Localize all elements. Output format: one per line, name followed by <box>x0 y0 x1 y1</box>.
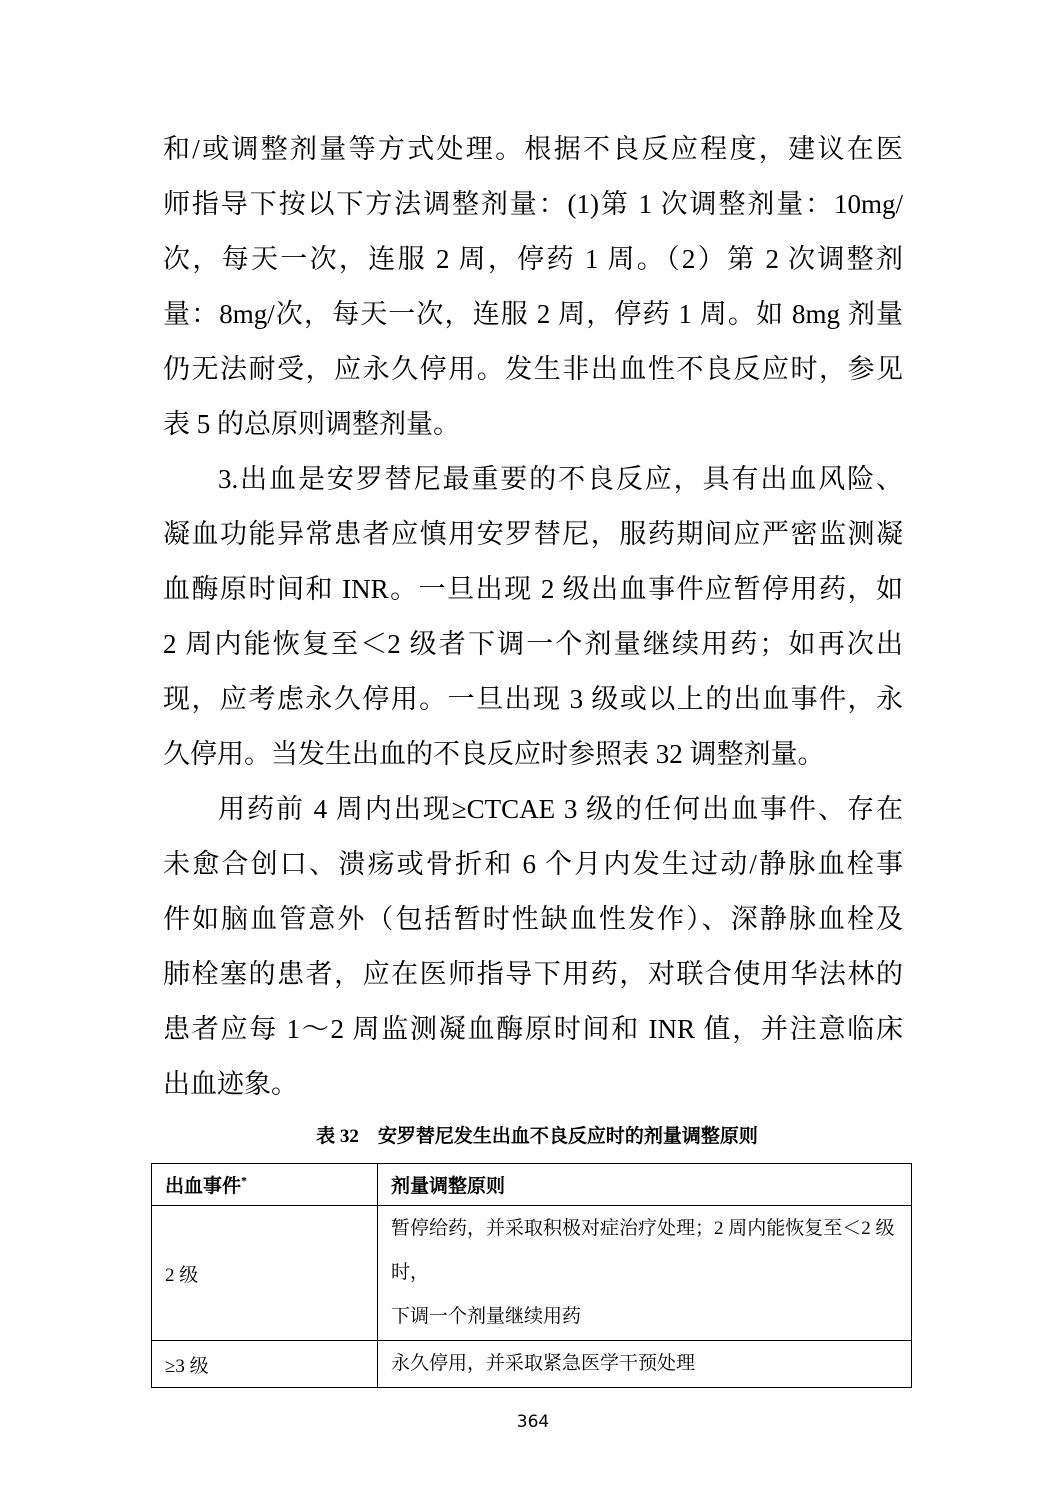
page-number: 364 <box>163 1412 903 1432</box>
body-line: 次，每天一次，连服 2 周，停药 1 周。（2）第 2 次调整剂 <box>163 232 903 287</box>
column-header-bleeding-event: 出血事件* <box>152 1164 378 1206</box>
body-line: 和/或调整剂量等方式处理。根据不良反应程度，建议在医 <box>163 122 903 177</box>
body-line: 仍无法耐受，应永久停用。发生非出血性不良反应时，参见 <box>163 342 903 397</box>
cell-line: 下调一个剂量继续用药 <box>391 1295 898 1339</box>
body-line: 凝血功能异常患者应慎用安罗替尼，服药期间应严密监测凝 <box>163 507 903 562</box>
body-line: 血酶原时间和 INR。一旦出现 2 级出血事件应暂停用药，如 <box>163 562 903 617</box>
body-line: 用药前 4 周内出现≥CTCAE 3 级的任何出血事件、存在 <box>163 782 903 837</box>
dose-table-body: 2 级暂停给药，并采取积极对症治疗处理；2 周内能恢复至＜2 级时，下调一个剂量… <box>152 1206 912 1388</box>
body-line: 表 5 的总原则调整剂量。 <box>163 397 903 452</box>
body-line: 出血迹象。 <box>163 1057 903 1112</box>
body-line: 未愈合创口、溃疡或骨折和 6 个月内发生过动/静脉血栓事 <box>163 837 903 892</box>
body-line: 2 周内能恢复至＜2 级者下调一个剂量继续用药；如再次出 <box>163 617 903 672</box>
column-header-label: 剂量调整原则 <box>391 1176 505 1197</box>
body-line: 患者应每 1～2 周监测凝血酶原时间和 INR 值，并注意临床 <box>163 1002 903 1057</box>
table-caption: 表 32 安罗替尼发生出血不良反应时的剂量调整原则 <box>163 1124 911 1150</box>
body-line: 3.出血是安罗替尼最重要的不良反应，具有出血风险、 <box>163 452 903 507</box>
table-row: ≥3 级永久停用，并采取紧急医学干预处理 <box>152 1341 912 1388</box>
body-line: 现，应考虑永久停用。一旦出现 3 级或以上的出血事件，永 <box>163 672 903 727</box>
cell-line: 暂停给药，并采取积极对症治疗处理；2 周内能恢复至＜2 级时， <box>391 1207 898 1295</box>
table-row: 2 级暂停给药，并采取积极对症治疗处理；2 周内能恢复至＜2 级时，下调一个剂量… <box>152 1206 912 1341</box>
event-cell: ≥3 级 <box>152 1341 378 1388</box>
principle-cell: 暂停给药，并采取积极对症治疗处理；2 周内能恢复至＜2 级时，下调一个剂量继续用… <box>378 1206 912 1341</box>
column-header-dose-principle: 剂量调整原则 <box>378 1164 912 1206</box>
body-line: 件如脑血管意外（包括暂时性缺血性发作）、深静脉血栓及 <box>163 892 903 947</box>
event-cell: 2 级 <box>152 1206 378 1341</box>
body-line: 师指导下按以下方法调整剂量：(1)第 1 次调整剂量：10mg/ <box>163 177 903 232</box>
column-header-label: 出血事件 <box>165 1176 241 1197</box>
body-line: 久停用。当发生出血的不良反应时参照表 32 调整剂量。 <box>163 727 903 782</box>
body-line: 肺栓塞的患者，应在医师指导下用药，对联合使用华法林的 <box>163 947 903 1002</box>
body-line: 量：8mg/次，每天一次，连服 2 周，停药 1 周。如 8mg 剂量 <box>163 287 903 342</box>
cell-line: 永久停用，并采取紧急医学干预处理 <box>391 1342 898 1386</box>
principle-cell: 永久停用，并采取紧急医学干预处理 <box>378 1341 912 1388</box>
header-row: 出血事件* 剂量调整原则 <box>152 1164 912 1206</box>
paragraph: 3.出血是安罗替尼最重要的不良反应，具有出血风险、凝血功能异常患者应慎用安罗替尼… <box>163 452 903 782</box>
dose-table: 出血事件* 剂量调整原则 2 级暂停给药，并采取积极对症治疗处理；2 周内能恢复… <box>151 1163 912 1388</box>
dose-table-header: 出血事件* 剂量调整原则 <box>152 1164 912 1206</box>
paragraph: 用药前 4 周内出现≥CTCAE 3 级的任何出血事件、存在未愈合创口、溃疡或骨… <box>163 782 903 1112</box>
column-header-footnote-mark: * <box>241 1174 247 1188</box>
paragraph: 和/或调整剂量等方式处理。根据不良反应程度，建议在医师指导下按以下方法调整剂量：… <box>163 122 903 452</box>
document-page: 和/或调整剂量等方式处理。根据不良反应程度，建议在医师指导下按以下方法调整剂量：… <box>0 0 1061 1500</box>
body-text: 和/或调整剂量等方式处理。根据不良反应程度，建议在医师指导下按以下方法调整剂量：… <box>163 122 903 1112</box>
